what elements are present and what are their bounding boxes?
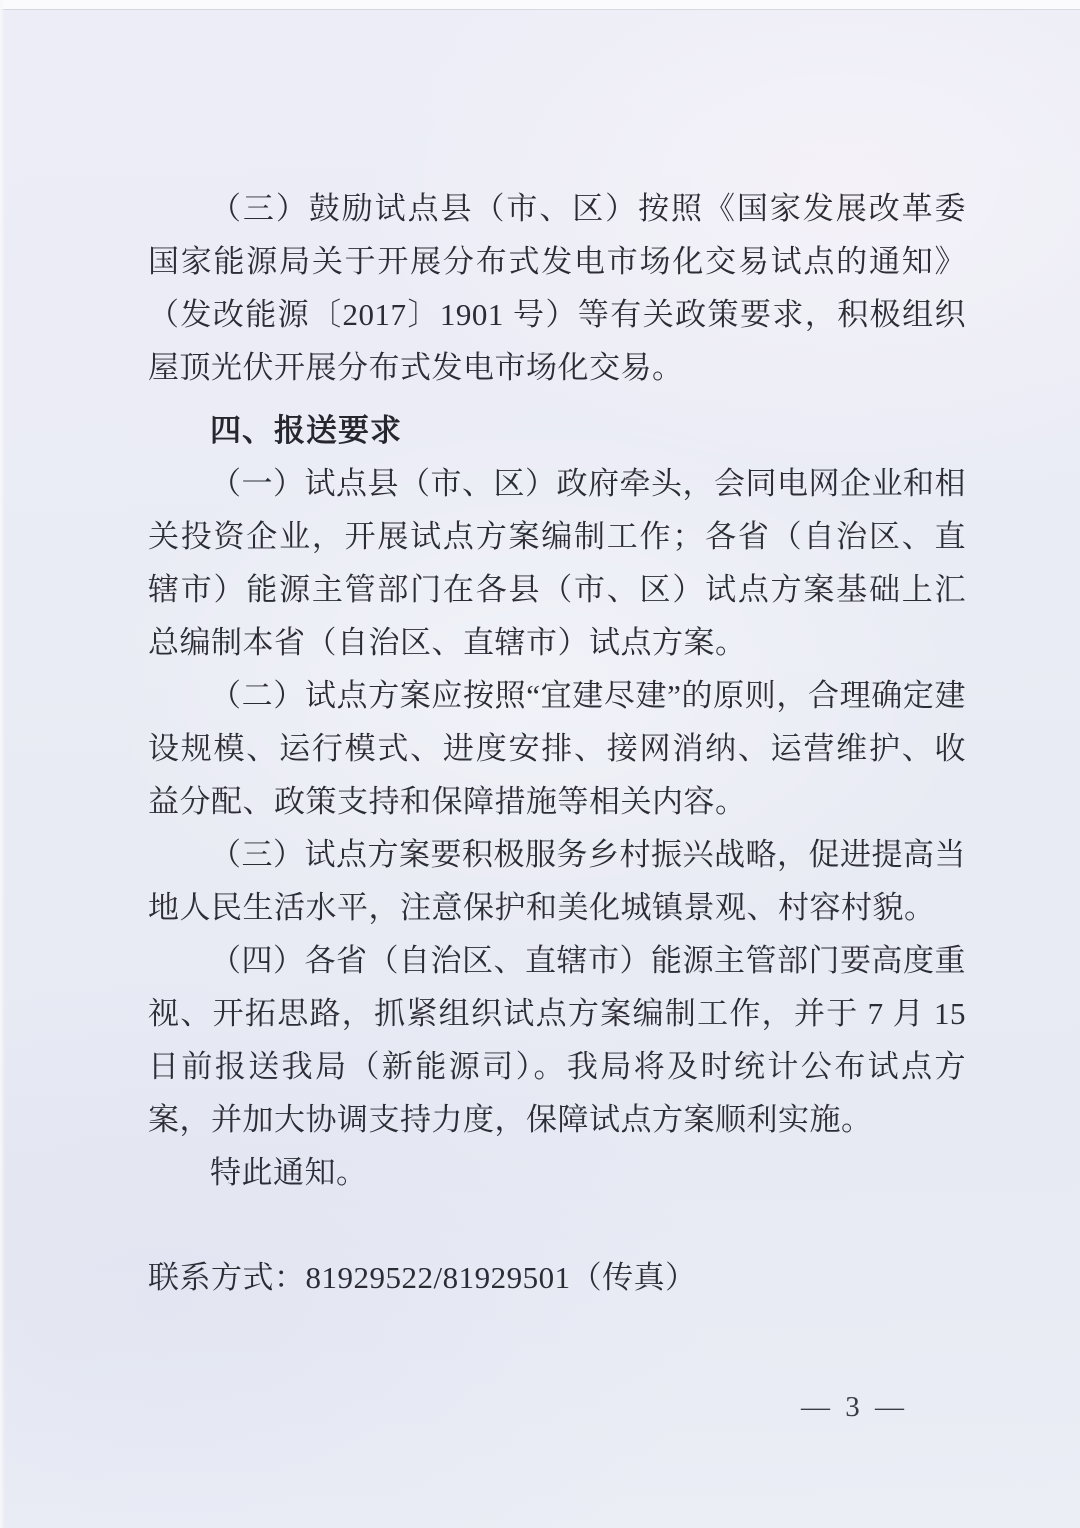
paragraph-item-1-plan-compilation: （一）试点县（市、区）政府牵头，会同电网企业和相关投资企业，开展试点方案编制工作… [148, 457, 966, 669]
paragraph-item-4-submission-deadline: （四）各省（自治区、直辖市）能源主管部门要高度重视、开拓思路，抓紧组织试点方案编… [148, 934, 966, 1146]
section-heading-reporting-requirements: 四、报送要求 [148, 404, 966, 457]
scan-top-edge [0, 0, 1080, 10]
document-text-block: （三）鼓励试点县（市、区）按照《国家发展改革委 国家能源局关于开展分布式发电市场… [148, 182, 966, 1304]
page-number: — 3 — [801, 1390, 908, 1424]
contact-info-line: 联系方式：81929522/81929501（传真） [148, 1251, 966, 1304]
paragraph-item-3-policy: （三）鼓励试点县（市、区）按照《国家发展改革委 国家能源局关于开展分布式发电市场… [148, 182, 966, 394]
scan-left-edge [0, 0, 5, 1528]
paragraph-item-2-plan-principles: （二）试点方案应按照“宜建尽建”的原则，合理确定建设规模、运行模式、进度安排、接… [148, 669, 966, 828]
scanned-document-page: （三）鼓励试点县（市、区）按照《国家发展改革委 国家能源局关于开展分布式发电市场… [0, 0, 1080, 1528]
paragraph-item-3-rural-revitalization: （三）试点方案要积极服务乡村振兴战略，促进提高当地人民生活水平，注意保护和美化城… [148, 828, 966, 934]
closing-notice-line: 特此通知。 [148, 1146, 966, 1199]
